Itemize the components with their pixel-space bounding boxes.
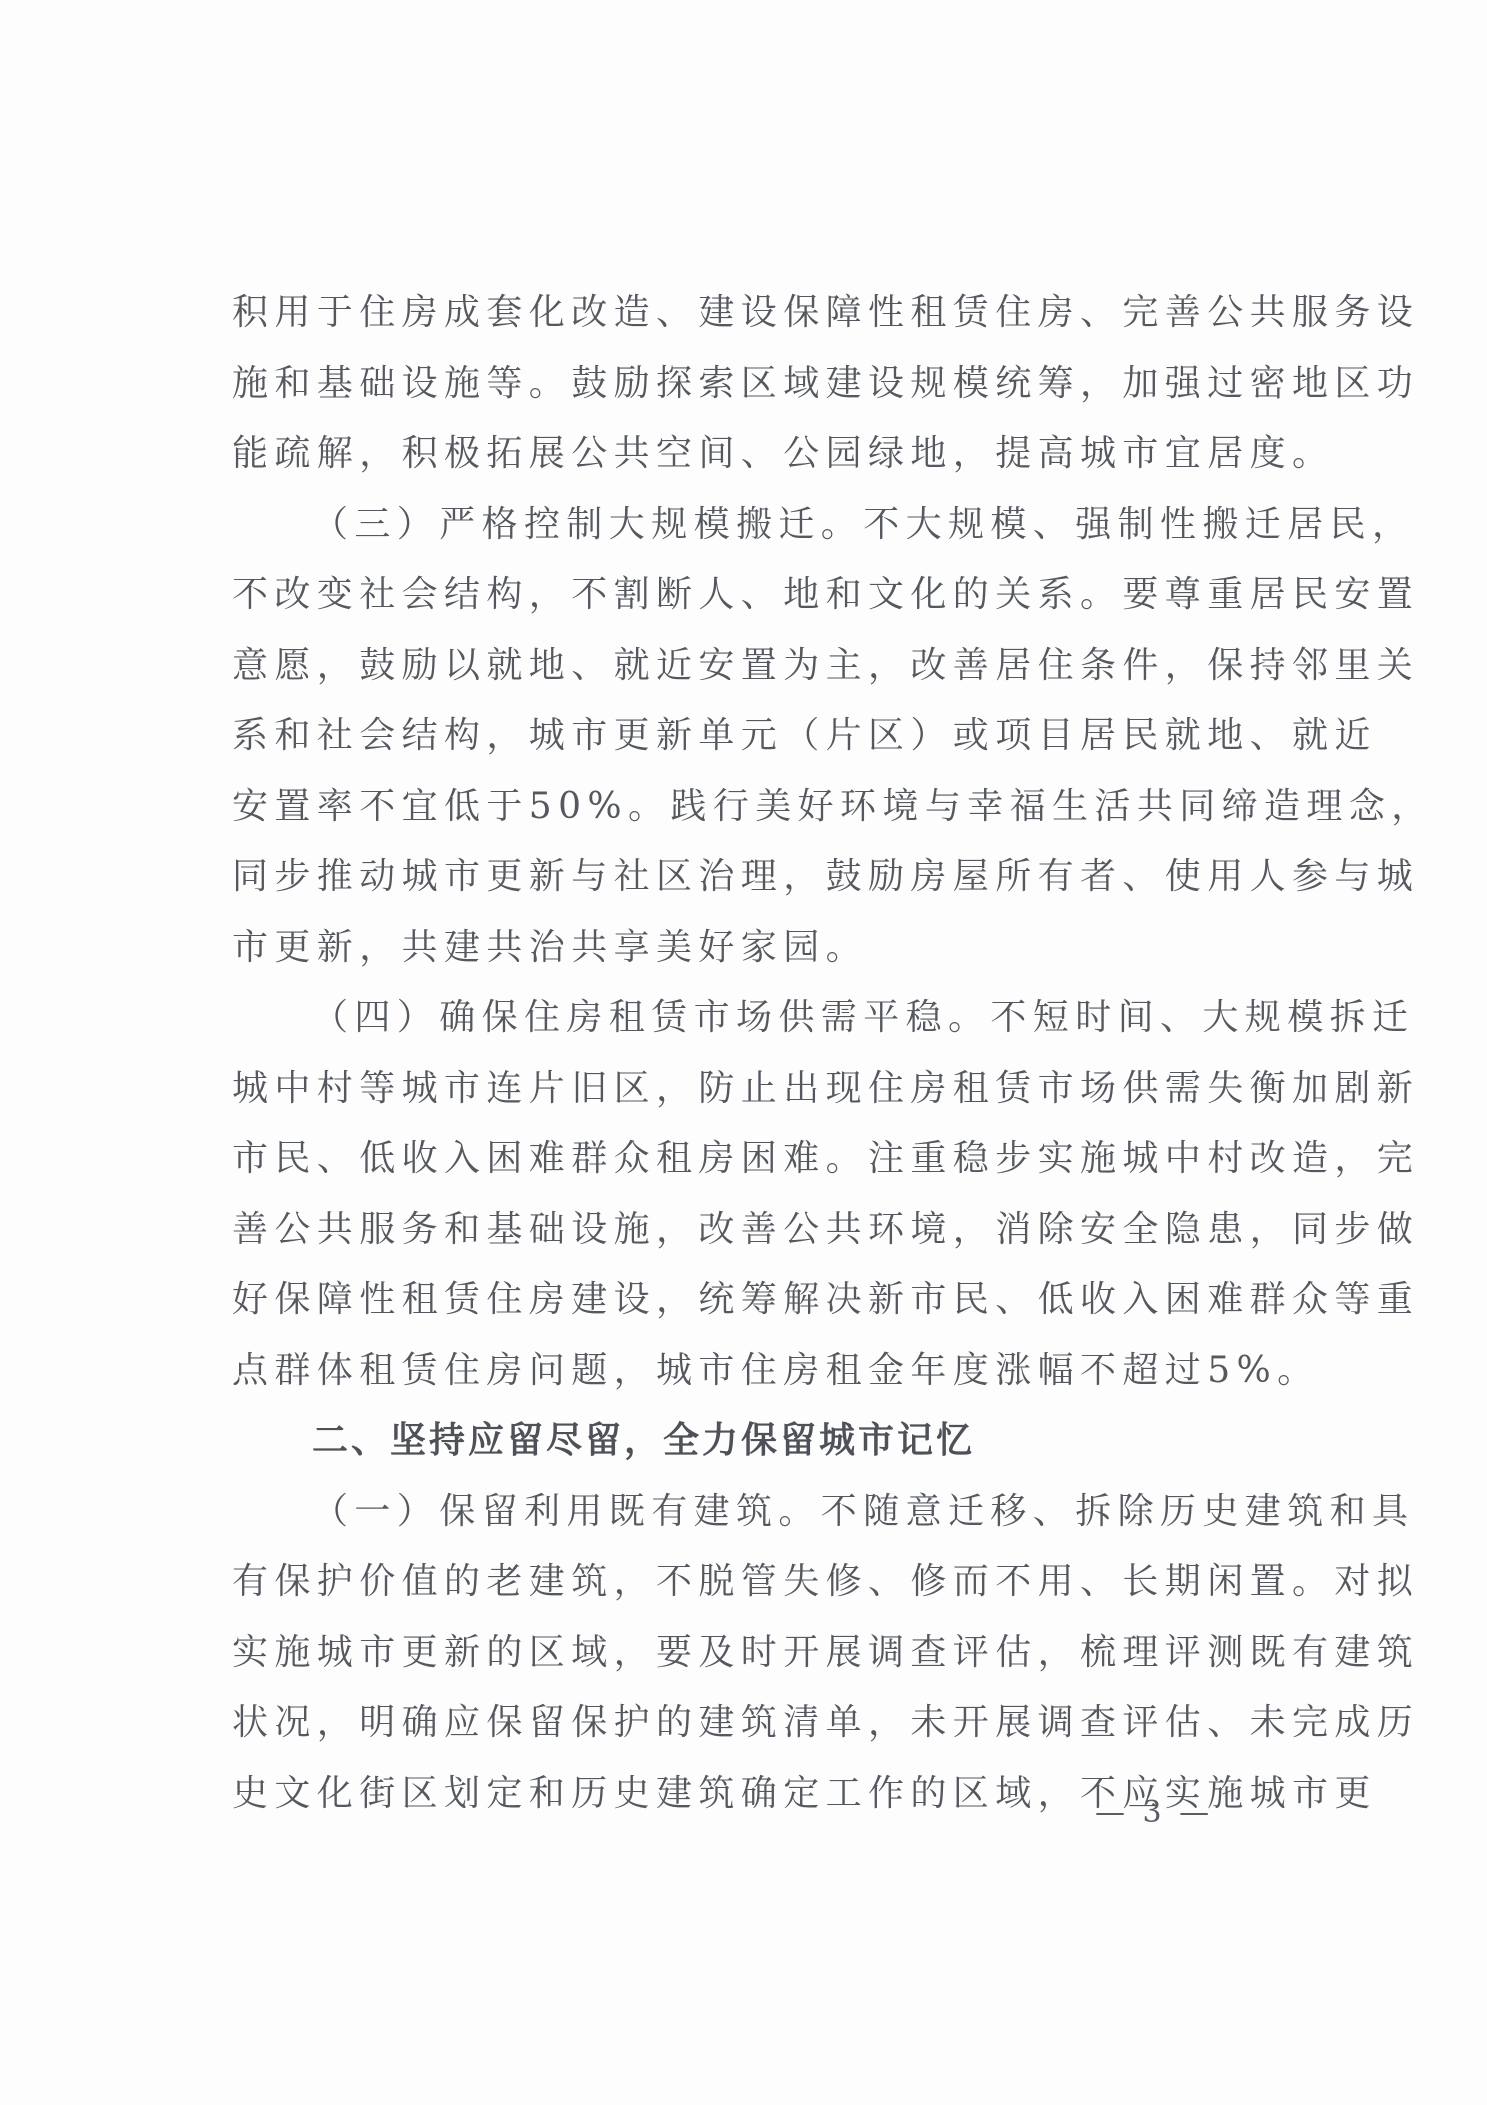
subsection-1-line: （一）保留利用既有建筑。不随意迁移、拆除历史建筑和具 <box>232 1477 1262 1548</box>
body-line: 意愿，鼓励以就地、就近安置为主，改善居住条件，保持邻里关 <box>232 631 1262 702</box>
subsection-3-line: （三）严格控制大规模搬迁。不大规模、强制性搬迁居民， <box>232 490 1262 561</box>
body-line: 能疏解，积极拓展公共空间、公园绿地，提高城市宜居度。 <box>232 419 1262 490</box>
section-heading: 二、坚持应留尽留，全力保留城市记忆 <box>232 1406 1262 1477</box>
body-line: 状况，明确应保留保护的建筑清单，未开展调查评估、未完成历 <box>232 1688 1262 1759</box>
body-line: 城中村等城市连片旧区，防止出现住房租赁市场供需失衡加剧新 <box>232 1054 1262 1125</box>
body-line: 同步推动城市更新与社区治理，鼓励房屋所有者、使用人参与城 <box>232 842 1262 913</box>
body-line: 有保护价值的老建筑，不脱管失修、修而不用、长期闲置。对拟 <box>232 1547 1262 1618</box>
subsection-4-line: （四）确保住房租赁市场供需平稳。不短时间、大规模拆迁 <box>232 983 1262 1054</box>
body-line: 安置率不宜低于50%。践行美好环境与幸福生活共同缔造理念， <box>232 772 1262 843</box>
body-line: 好保障性租赁住房建设，统筹解决新市民、低收入困难群众等重 <box>232 1265 1262 1336</box>
body-line: 系和社会结构，城市更新单元（片区）或项目居民就地、就近 <box>232 701 1262 772</box>
page-number: — 3 — <box>1095 1795 1213 1830</box>
body-line: 不改变社会结构，不割断人、地和文化的关系。要尊重居民安置 <box>232 560 1262 631</box>
document-body: 积用于住房成套化改造、建设保障性租赁住房、完善公共服务设 施和基础设施等。鼓励探… <box>232 278 1262 1829</box>
body-line: 实施城市更新的区域，要及时开展调查评估，梳理评测既有建筑 <box>232 1618 1262 1689</box>
body-line: 点群体租赁住房问题，城市住房租金年度涨幅不超过5%。 <box>232 1336 1262 1407</box>
body-line: 施和基础设施等。鼓励探索区域建设规模统筹，加强过密地区功 <box>232 349 1262 420</box>
document-page: 积用于住房成套化改造、建设保障性租赁住房、完善公共服务设 施和基础设施等。鼓励探… <box>0 0 1487 2105</box>
body-line: 积用于住房成套化改造、建设保障性租赁住房、完善公共服务设 <box>232 278 1262 349</box>
body-line: 市民、低收入困难群众租房困难。注重稳步实施城中村改造，完 <box>232 1124 1262 1195</box>
body-line: 善公共服务和基础设施，改善公共环境，消除安全隐患，同步做 <box>232 1195 1262 1266</box>
body-line: 市更新，共建共治共享美好家园。 <box>232 913 1262 984</box>
